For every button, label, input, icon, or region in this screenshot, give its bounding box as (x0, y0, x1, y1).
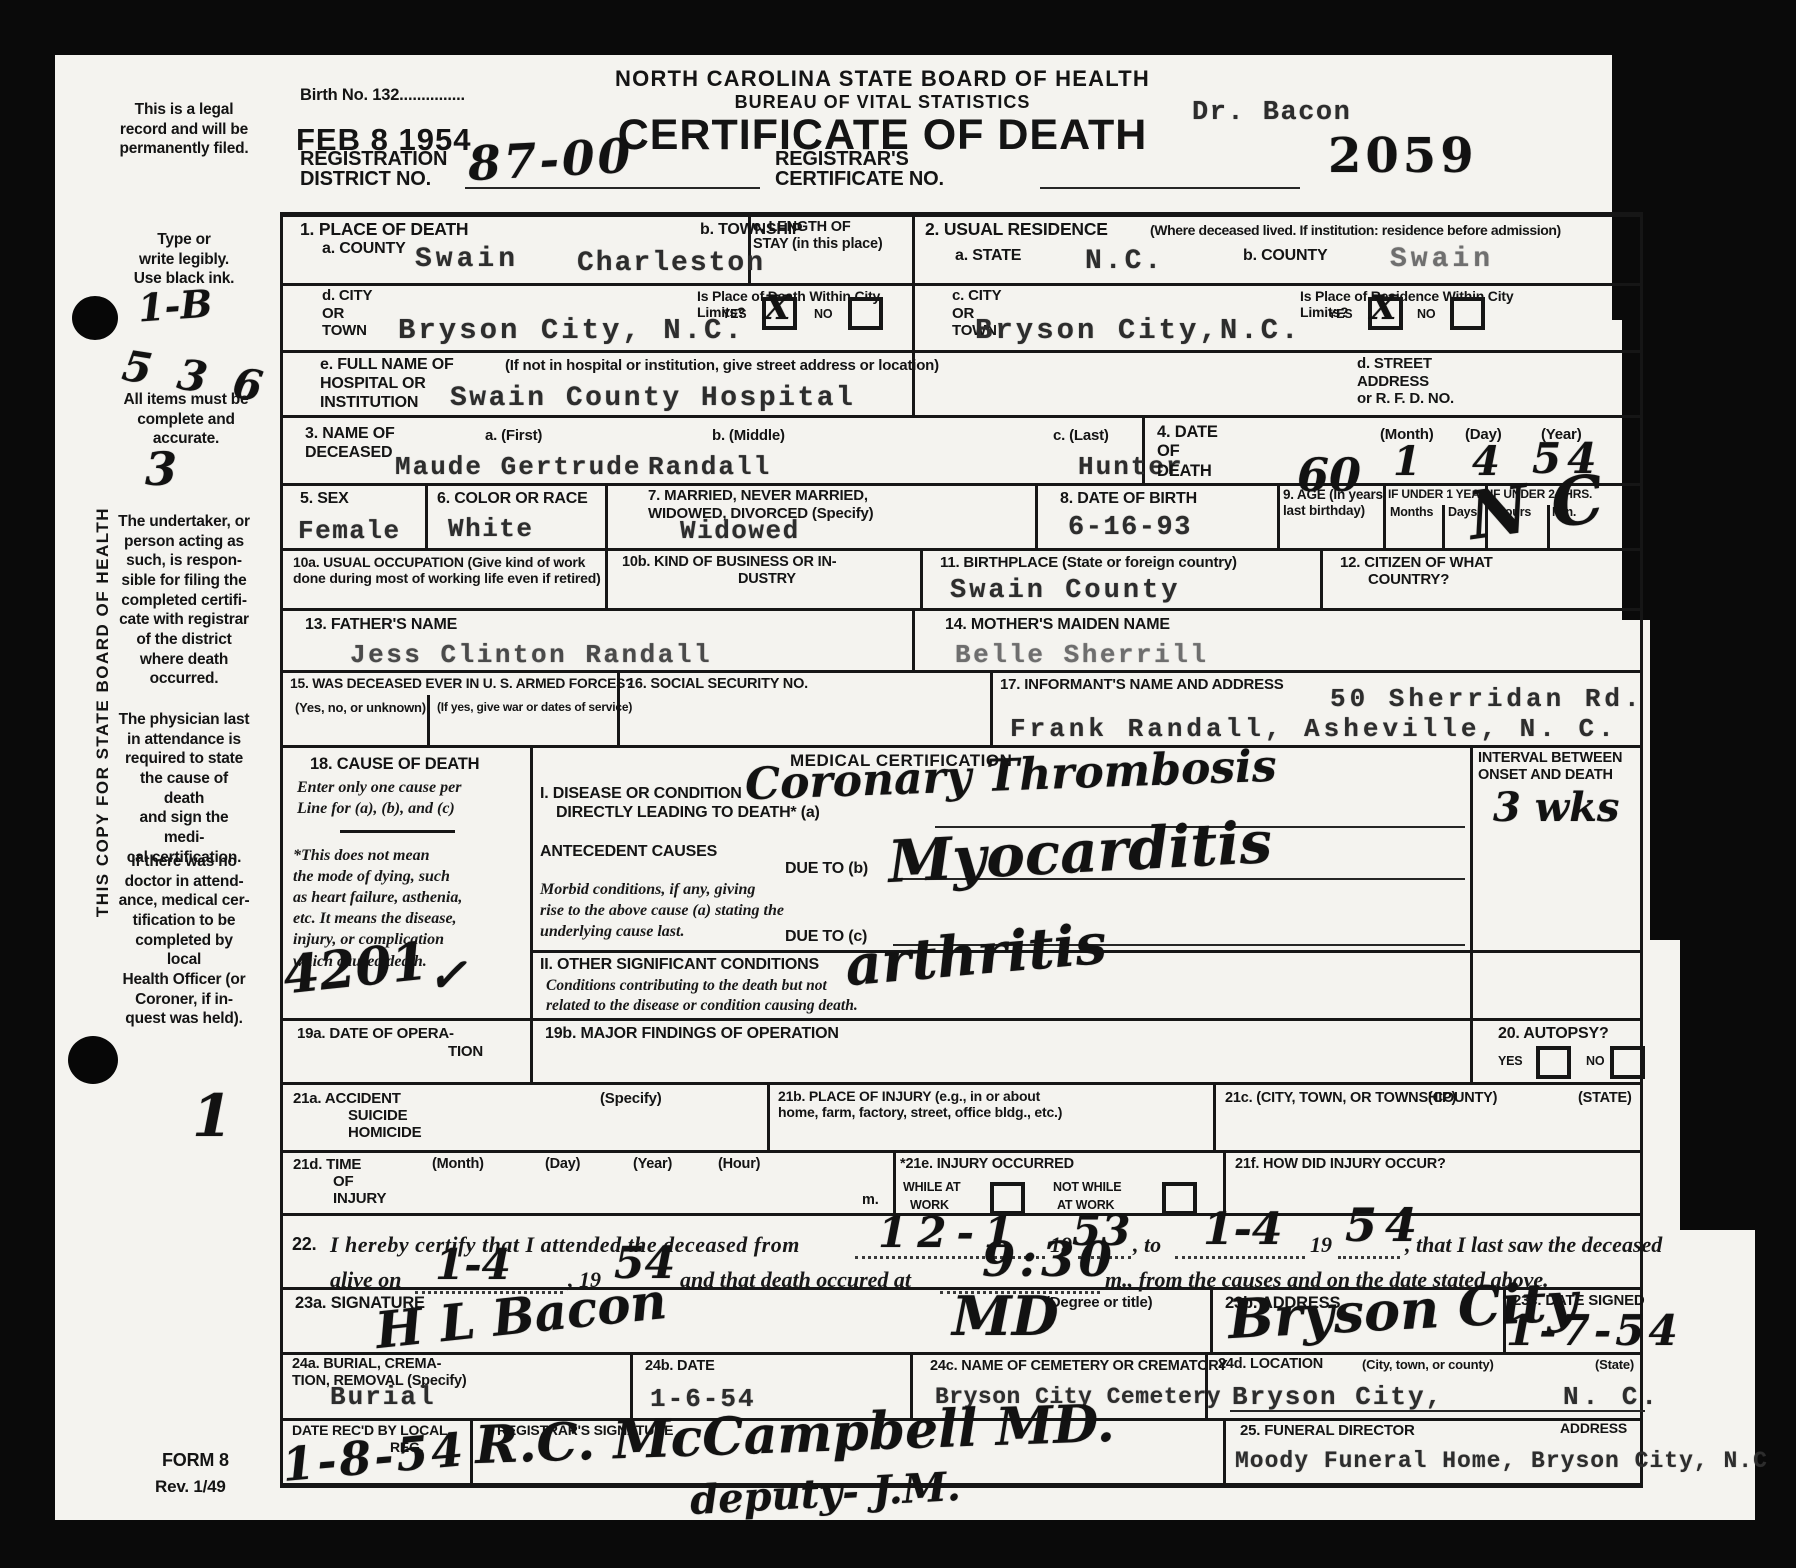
divider (605, 483, 608, 608)
city-of-death-value: Bryson City, N.C. (398, 314, 745, 347)
divider (280, 548, 1640, 551)
margin-handwritten-3: 3 (145, 442, 177, 496)
birth-no-label: Birth No. 132............... (300, 86, 465, 105)
mothers-maiden-name-value: Belle Sherrill (955, 640, 1208, 670)
funeral-director-address-label: ADDRESS (1560, 1420, 1627, 1436)
cause-of-death-instruction: Enter only one cause per Line for (a), (… (297, 778, 461, 820)
state-label: a. STATE (955, 247, 1021, 266)
burial-location-note: (City, town, or county) (1362, 1357, 1494, 1372)
fathers-name-label: 13. FATHER'S NAME (305, 616, 457, 635)
disease-condition-label: I. DISEASE OR CONDITION (540, 785, 742, 804)
divider (1230, 1410, 1645, 1412)
margin-physician-note: The physician last in attendance is requ… (118, 710, 250, 867)
county-value: Swain (415, 244, 519, 275)
hospital-label-line3: INSTITUTION (320, 394, 418, 413)
certify-alive-on-label: alive on (330, 1266, 402, 1295)
hospital-name-note: (If not in hospital or institution, give… (505, 357, 939, 375)
divider (530, 745, 533, 1082)
burial-value: Burial (330, 1382, 436, 1412)
divider (280, 608, 1640, 611)
informant-label: 17. INFORMANT'S NAME AND ADDRESS (1000, 676, 1284, 694)
birthplace-value: Swain County (950, 576, 1180, 606)
margin-type-legibly-note: Type or write legibly. Use black ink. (118, 230, 250, 289)
usual-occupation-label: 10a. USUAL OCCUPATION (Give kind of work… (293, 554, 601, 587)
citizen-label: 12. CITIZEN OF WHAT (1340, 554, 1493, 572)
due-to-b-label: DUE TO (b) (785, 860, 868, 879)
injury-day-label: (Day) (545, 1156, 580, 1173)
burial-location-label: 24d. LOCATION (1218, 1356, 1323, 1373)
divider (1040, 187, 1300, 189)
divider (1223, 1418, 1226, 1483)
how-injury-occurred-label: 21f. HOW DID INJURY OCCUR? (1235, 1156, 1446, 1173)
color-or-race-label: 6. COLOR OR RACE (437, 490, 588, 509)
death-limits-yes-x-mark: X (764, 288, 790, 328)
informant-name-value: Frank Randall, Asheville, N. C. (1010, 714, 1618, 744)
not-while-at-work-checkbox[interactable] (1162, 1182, 1197, 1215)
injury-state-label: (STATE) (1578, 1090, 1632, 1107)
residence-county-value: Swain (1390, 244, 1494, 275)
margin-handwritten-1: 1 (192, 1082, 232, 1150)
while-at-work-label: WHILE AT (903, 1180, 960, 1195)
injury-hour-label: (Hour) (718, 1156, 760, 1173)
attended-to-date: 1-4 (1203, 1204, 1283, 1255)
divider (1175, 1256, 1305, 1259)
mothers-maiden-name-label: 14. MOTHER'S MAIDEN NAME (945, 616, 1170, 635)
months-label: Months (1390, 505, 1433, 520)
usual-residence-note: (Where deceased lived. If institution: r… (1150, 222, 1561, 238)
registrar-certificate-label2: CERTIFICATE NO. (775, 168, 944, 191)
no-label: NO (1417, 307, 1435, 322)
death-limits-no-checkbox[interactable] (848, 297, 883, 330)
divider (280, 483, 1640, 486)
middle-name-label: b. (Middle) (712, 427, 785, 445)
no-label: NO (814, 307, 832, 322)
usual-residence-label: 2. USUAL RESIDENCE (925, 219, 1108, 239)
other-conditions-note: Conditions contributing to the death but… (546, 976, 858, 1016)
autopsy-label: 20. AUTOPSY? (1498, 1025, 1609, 1044)
date-of-birth-value: 6-16-93 (1068, 513, 1192, 543)
county-label: a. COUNTY (322, 240, 406, 259)
township-value: Charleston (577, 248, 765, 279)
divider (280, 283, 1640, 286)
divider (1338, 1256, 1400, 1259)
kind-of-business-label: 10b. KIND OF BUSINESS OR IN- (622, 554, 836, 571)
hospital-label-line2: HOSPITAL OR (320, 375, 426, 394)
yes-label: YES (1498, 1054, 1522, 1069)
residence-county-label: b. COUNTY (1243, 247, 1327, 266)
burial-location-value: Bryson City, (1232, 1382, 1443, 1412)
injury-county-label: (COUNTY) (1428, 1090, 1497, 1107)
divider (280, 350, 1640, 353)
date-of-operation-label2: TION (448, 1043, 483, 1061)
registration-district-label2: DISTRICT NO. (300, 168, 431, 191)
date-of-birth-label: 8. DATE OF BIRTH (1060, 490, 1197, 509)
name-of-deceased-label: 3. NAME OF DECEASED (305, 425, 395, 462)
antecedent-causes-label: ANTECEDENT CAUSES (540, 843, 717, 862)
place-of-injury-label: 21b. PLACE OF INJURY (e.g., in or about … (778, 1088, 1062, 1121)
hospital-value: Swain County Hospital (450, 383, 855, 414)
place-of-death-label: 1. PLACE OF DEATH (300, 219, 468, 239)
antecedent-causes-note: Morbid conditions, if any, giving rise t… (540, 880, 784, 942)
printed-19-b: 19 (1310, 1231, 1332, 1260)
divider (630, 1352, 633, 1418)
burial-date-label: 24b. DATE (645, 1358, 715, 1375)
divider (280, 745, 1640, 748)
divider (280, 670, 1640, 673)
divider (470, 1418, 473, 1483)
doctor-name-stamp: Dr. Bacon (1192, 98, 1351, 128)
death-month-value: 1 (1393, 438, 1421, 485)
margin-undertaker-note: The undertaker, or person acting as such… (118, 512, 250, 689)
punch-hole (68, 1036, 118, 1084)
state-value: N.C. (1085, 246, 1164, 277)
divider (912, 212, 915, 415)
homicide-label: HOMICIDE (348, 1124, 421, 1142)
interval-value: 3 wks (1493, 784, 1619, 831)
informant-address-value: 50 Sherridan Rd. (1330, 684, 1644, 714)
divider (280, 1082, 1640, 1085)
suicide-label: SUICIDE (348, 1107, 407, 1125)
autopsy-yes-checkbox[interactable] (1536, 1046, 1571, 1079)
divider (1277, 483, 1280, 548)
handwritten-checkmark: ✓ (428, 948, 467, 1002)
sex-label: 5. SEX (300, 490, 349, 509)
armed-forces-yes-no-note: (Yes, no, or unknown) (295, 700, 426, 715)
first-name-label: a. (First) (485, 427, 542, 445)
margin-legal-record-note: This is a legal record and will be perma… (118, 100, 250, 159)
autopsy-no-checkbox[interactable] (1610, 1046, 1645, 1079)
divider (990, 670, 993, 745)
last-name-label: c. (Last) (1053, 427, 1109, 445)
interval-onset-death-label: INTERVAL BETWEEN ONSET AND DEATH (1478, 750, 1622, 784)
certify-statement-1-tail: , that I last saw the deceased (1405, 1231, 1662, 1260)
divider (1383, 483, 1386, 548)
yes-label: YES (1328, 307, 1352, 322)
not-while-at-work-label: NOT WHILE (1053, 1180, 1121, 1195)
kind-of-business-label2: DUSTRY (738, 571, 796, 588)
certify-to-label: , to (1133, 1231, 1161, 1260)
margin-handwritten-code: 1-B (137, 280, 214, 330)
time-of-injury-label3: INJURY (333, 1190, 386, 1208)
citizen-label2: COUNTRY? (1368, 571, 1449, 589)
injury-month-label: (Month) (432, 1156, 484, 1173)
injury-occurred-label: *21e. INJURY OCCURRED (900, 1156, 1074, 1173)
death-certificate-scan: This is a legal record and will be perma… (0, 0, 1796, 1568)
other-significant-conditions-label: II. OTHER SIGNIFICANT CONDITIONS (540, 956, 819, 975)
birthplace-label: 11. BIRTHPLACE (State or foreign country… (940, 554, 1237, 572)
certify-death-occurred-label: and that death occured at (680, 1266, 911, 1295)
board-of-health-title: NORTH CAROLINA STATE BOARD OF HEALTH (600, 66, 1165, 92)
length-of-stay-label: c. LENGTH OF STAY (in this place) (753, 219, 883, 253)
degree-or-title-label: (Degree or title) (1045, 1294, 1152, 1312)
alive-on-date: 1-4 (435, 1240, 511, 1289)
divider (1210, 1287, 1213, 1352)
cemetery-name-label: 24c. NAME OF CEMETERY OR CREMATORY (930, 1358, 1227, 1375)
age-value: 60 (1297, 448, 1361, 502)
marital-status-value: Widowed (680, 516, 800, 546)
divider (427, 695, 430, 745)
date-of-operation-label: 19a. DATE OF OPERA- (297, 1025, 454, 1043)
time-of-injury-label: 21d. TIME (293, 1156, 361, 1174)
margin-vertical-copy-note: THIS COPY FOR STATE BOARD OF HEALTH (93, 497, 113, 927)
divider (280, 1018, 1640, 1021)
specify-label: (Specify) (600, 1090, 662, 1108)
time-of-injury-label2: OF (333, 1173, 353, 1191)
divider (280, 212, 283, 1488)
divider (425, 483, 428, 548)
margin-no-doctor-note: If there was no doctor in attend- ance, … (118, 852, 250, 1029)
hospital-name-label: e. FULL NAME OF (320, 356, 454, 375)
race-value: White (448, 514, 534, 544)
punch-hole (72, 296, 118, 340)
residence-limits-yes-x-mark: X (1370, 288, 1396, 328)
form-number: FORM 8 (162, 1450, 229, 1471)
form-revision: Rev. 1/49 (155, 1477, 226, 1497)
middle-name-value: Randall (648, 452, 771, 482)
street-address-label: d. STREET ADDRESS or R. F. D. NO. (1357, 355, 1454, 408)
divider (280, 1150, 1640, 1153)
divider (1213, 1082, 1216, 1150)
divider (1035, 483, 1038, 548)
fathers-name-value: Jess Clinton Randall (350, 640, 712, 670)
divider (280, 212, 1640, 217)
certify-statement-1: I hereby certify that I attended the dec… (330, 1231, 800, 1260)
divider (893, 1150, 896, 1213)
divider (280, 1352, 1640, 1355)
registration-district-value: 87-00 (467, 129, 635, 193)
accident-label: 21a. ACCIDENT (293, 1090, 401, 1108)
death-time-value: 9:30 (982, 1232, 1116, 1288)
divider (465, 187, 760, 189)
divider (1442, 505, 1445, 548)
sex-value: Female (298, 516, 401, 546)
date-signed-value: 1-7-54 (1506, 1306, 1682, 1355)
armed-forces-label: 15. WAS DECEASED EVER IN U. S. ARMED FOR… (290, 676, 633, 692)
certificate-number-stamp: 2059 (1328, 128, 1478, 184)
degree-value: MD (952, 1284, 1059, 1348)
major-findings-label: 19b. MAJOR FINDINGS OF OPERATION (545, 1025, 839, 1044)
funeral-director-value: Moody Funeral Home, Bryson City, N.C (1235, 1448, 1768, 1474)
first-name-value: Maude Gertrude (395, 452, 641, 482)
no-label: NO (1586, 1054, 1604, 1069)
divider (920, 548, 923, 608)
divider (912, 608, 915, 670)
divider (280, 415, 1640, 418)
armed-forces-war-note: (If yes, give war or dates of service) (437, 700, 632, 714)
divider (1320, 548, 1323, 608)
burial-location-state-value: N. C. (1563, 1382, 1661, 1412)
burial-location-state-label: (State) (1595, 1357, 1634, 1372)
yes-label: YES (722, 307, 746, 322)
divider (340, 830, 455, 833)
item-22-number: 22. (292, 1234, 316, 1255)
social-security-label: 16. SOCIAL SECURITY NO. (627, 676, 808, 693)
margin-all-items-note: All items must be complete and accurate. (120, 390, 252, 449)
injury-m-label: m. (862, 1192, 879, 1209)
date-of-death-label: 4. DATE OF DEATH (1157, 423, 1218, 481)
city-or-town-label: d. CITY OR TOWN (322, 287, 372, 340)
cause-of-death-label: 18. CAUSE OF DEATH (310, 755, 479, 774)
injury-year-label: (Year) (633, 1156, 672, 1173)
attended-to-year: 54 (1345, 1198, 1425, 1252)
divider (1470, 745, 1473, 1082)
residence-limits-no-checkbox[interactable] (1450, 297, 1485, 330)
divider (767, 1082, 770, 1150)
residence-city-value: Bryson City,N.C. (975, 314, 1301, 347)
injury-city-label: 21c. (CITY, TOWN, OR TOWNSHIP) (1225, 1090, 1456, 1107)
funeral-director-label: 25. FUNERAL DIRECTOR (1240, 1422, 1415, 1440)
